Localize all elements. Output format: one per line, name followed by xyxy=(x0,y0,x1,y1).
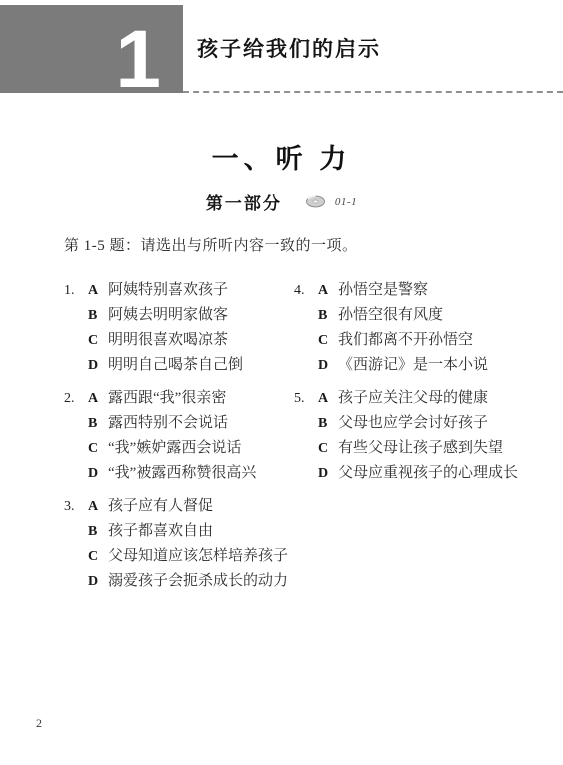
option-letter: D xyxy=(88,358,108,373)
option-letter: B xyxy=(88,524,108,539)
option-row: B 孩子都喜欢自由 xyxy=(64,524,294,539)
option-letter: A xyxy=(318,283,338,298)
option-text: “我”被露西称赞很高兴 xyxy=(108,466,256,481)
option-row: C 父母知道应该怎样培养孩子 xyxy=(64,549,294,564)
unit-number-box: 1 xyxy=(0,5,183,93)
option-letter: C xyxy=(88,549,108,564)
option-row: C “我”嫉妒露西会说话 xyxy=(64,441,294,456)
option-letter: C xyxy=(318,333,338,348)
option-letter: D xyxy=(318,466,338,481)
option-text: 父母知道应该怎样培养孩子 xyxy=(108,549,288,564)
option-text: 明明很喜欢喝凉茶 xyxy=(108,333,228,348)
option-text: 阿姨特别喜欢孩子 xyxy=(108,283,228,298)
cd-disc-icon xyxy=(306,195,325,208)
option-row: C 有些父母让孩子感到失望 xyxy=(294,441,518,456)
instruction-text: 第 1-5 题：请选出与所听内容一致的一项。 xyxy=(64,234,563,255)
question-5: 5. A 孩子应关注父母的健康 B 父母也应学会讨好孩子 C 有些父母让孩子感到… xyxy=(294,391,518,481)
question-number: 5. xyxy=(294,391,318,406)
option-text: 父母也应学会讨好孩子 xyxy=(338,416,488,431)
question-2: 2. A 露西跟“我”很亲密 B 露西特别不会说话 C “我”嫉妒露西会说话 D xyxy=(64,391,294,481)
option-row: 5. A 孩子应关注父母的健康 xyxy=(294,391,518,406)
option-letter: A xyxy=(88,499,108,514)
option-letter: A xyxy=(88,283,108,298)
question-number: 4. xyxy=(294,283,318,298)
option-row: 4. A 孙悟空是警察 xyxy=(294,283,518,298)
question-number: 2. xyxy=(64,391,88,406)
page-number: 2 xyxy=(36,716,42,731)
option-letter: A xyxy=(88,391,108,406)
option-text: 溺爱孩子会扼杀成长的动力 xyxy=(108,574,288,589)
question-1: 1. A 阿姨特别喜欢孩子 B 阿姨去明明家做客 C 明明很喜欢喝凉茶 D xyxy=(64,283,294,373)
option-row: B 露西特别不会说话 xyxy=(64,416,294,431)
option-text: 父母应重视孩子的心理成长 xyxy=(338,466,518,481)
option-text: 《西游记》是一本小说 xyxy=(338,358,488,373)
option-row: D “我”被露西称赞很高兴 xyxy=(64,466,294,481)
option-letter: D xyxy=(88,574,108,589)
option-letter: D xyxy=(88,466,108,481)
option-text: 孩子应关注父母的健康 xyxy=(338,391,488,406)
option-row: C 我们都离不开孙悟空 xyxy=(294,333,518,348)
option-letter: A xyxy=(318,391,338,406)
part-row: 第一部分 01-1 xyxy=(0,189,563,214)
questions-column-right: 4. A 孙悟空是警察 B 孙悟空很有风度 C 我们都离不开孙悟空 D xyxy=(294,283,518,607)
option-text: 有些父母让孩子感到失望 xyxy=(338,441,503,456)
audio-track-label: 01-1 xyxy=(335,196,357,208)
option-row: D 溺爱孩子会扼杀成长的动力 xyxy=(64,574,294,589)
option-letter: C xyxy=(88,441,108,456)
questions-area: 1. A 阿姨特别喜欢孩子 B 阿姨去明明家做客 C 明明很喜欢喝凉茶 D xyxy=(0,283,563,607)
option-row: B 阿姨去明明家做客 xyxy=(64,308,294,323)
unit-title: 孩子给我们的启示 xyxy=(197,33,381,63)
unit-header: 1 孩子给我们的启示 xyxy=(0,5,563,93)
question-4: 4. A 孙悟空是警察 B 孙悟空很有风度 C 我们都离不开孙悟空 D xyxy=(294,283,518,373)
option-letter: B xyxy=(318,416,338,431)
option-row: 2. A 露西跟“我”很亲密 xyxy=(64,391,294,406)
unit-header-right: 孩子给我们的启示 xyxy=(183,5,563,93)
section-title: 一、听 力 xyxy=(0,137,563,176)
questions-column-left: 1. A 阿姨特别喜欢孩子 B 阿姨去明明家做客 C 明明很喜欢喝凉茶 D xyxy=(64,283,294,607)
option-text: “我”嫉妒露西会说话 xyxy=(108,441,241,456)
option-row: B 孙悟空很有风度 xyxy=(294,308,518,323)
option-row: B 父母也应学会讨好孩子 xyxy=(294,416,518,431)
option-row: D 明明自己喝茶自己倒 xyxy=(64,358,294,373)
option-text: 阿姨去明明家做客 xyxy=(108,308,228,323)
option-text: 孙悟空是警察 xyxy=(338,283,428,298)
option-letter: C xyxy=(88,333,108,348)
part-label: 第一部分 xyxy=(206,189,282,214)
option-letter: B xyxy=(88,308,108,323)
option-letter: B xyxy=(318,308,338,323)
question-number: 1. xyxy=(64,283,88,298)
option-letter: B xyxy=(88,416,108,431)
option-row: D 《西游记》是一本小说 xyxy=(294,358,518,373)
textbook-page: 1 孩子给我们的启示 一、听 力 第一部分 01-1 第 1-5 题：请选出与所… xyxy=(0,0,563,765)
option-row: 1. A 阿姨特别喜欢孩子 xyxy=(64,283,294,298)
option-text: 孩子都喜欢自由 xyxy=(108,524,213,539)
option-text: 我们都离不开孙悟空 xyxy=(338,333,473,348)
unit-number: 1 xyxy=(115,26,161,93)
option-row: D 父母应重视孩子的心理成长 xyxy=(294,466,518,481)
option-text: 明明自己喝茶自己倒 xyxy=(108,358,243,373)
option-text: 孩子应有人督促 xyxy=(108,499,213,514)
option-row: 3. A 孩子应有人督促 xyxy=(64,499,294,514)
option-text: 孙悟空很有风度 xyxy=(338,308,443,323)
option-text: 露西特别不会说话 xyxy=(108,416,228,431)
option-letter: C xyxy=(318,441,338,456)
question-number: 3. xyxy=(64,499,88,514)
option-row: C 明明很喜欢喝凉茶 xyxy=(64,333,294,348)
question-3: 3. A 孩子应有人督促 B 孩子都喜欢自由 C 父母知道应该怎样培养孩子 D xyxy=(64,499,294,589)
option-letter: D xyxy=(318,358,338,373)
option-text: 露西跟“我”很亲密 xyxy=(108,391,226,406)
